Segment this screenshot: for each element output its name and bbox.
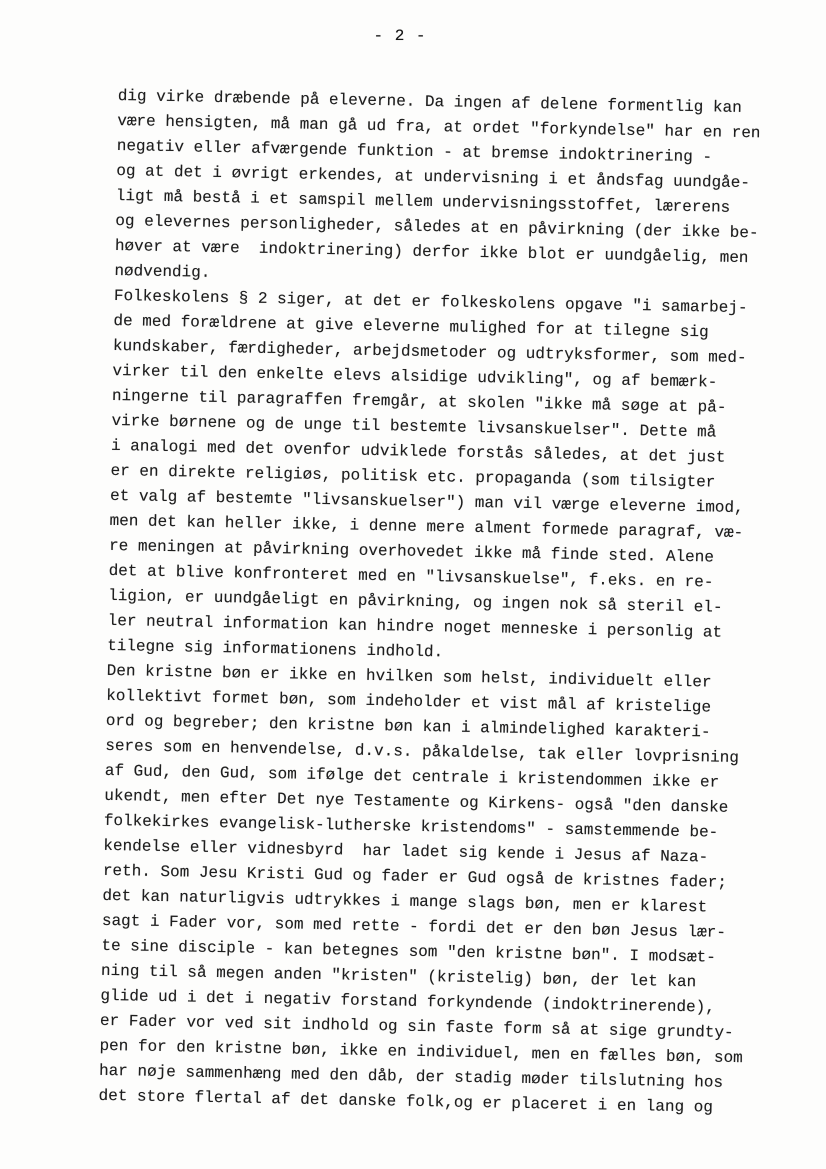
body-text: dig virke dræbende på eleverne. Da ingen… xyxy=(98,84,778,1121)
page-number: - 2 - xyxy=(0,27,800,45)
paragraph-indoktrinering: dig virke dræbende på eleverne. Da ingen… xyxy=(114,84,778,297)
document-page: - 2 - dig virke dræbende på eleverne. Da… xyxy=(0,0,826,1169)
paragraph-folkeskolens-paragraf-2: Folkeskolens § 2 siger, at det er folkes… xyxy=(107,284,774,672)
paragraph-den-kristne-boen: Den kristne bøn er ikke en hvilken som h… xyxy=(98,659,767,1122)
